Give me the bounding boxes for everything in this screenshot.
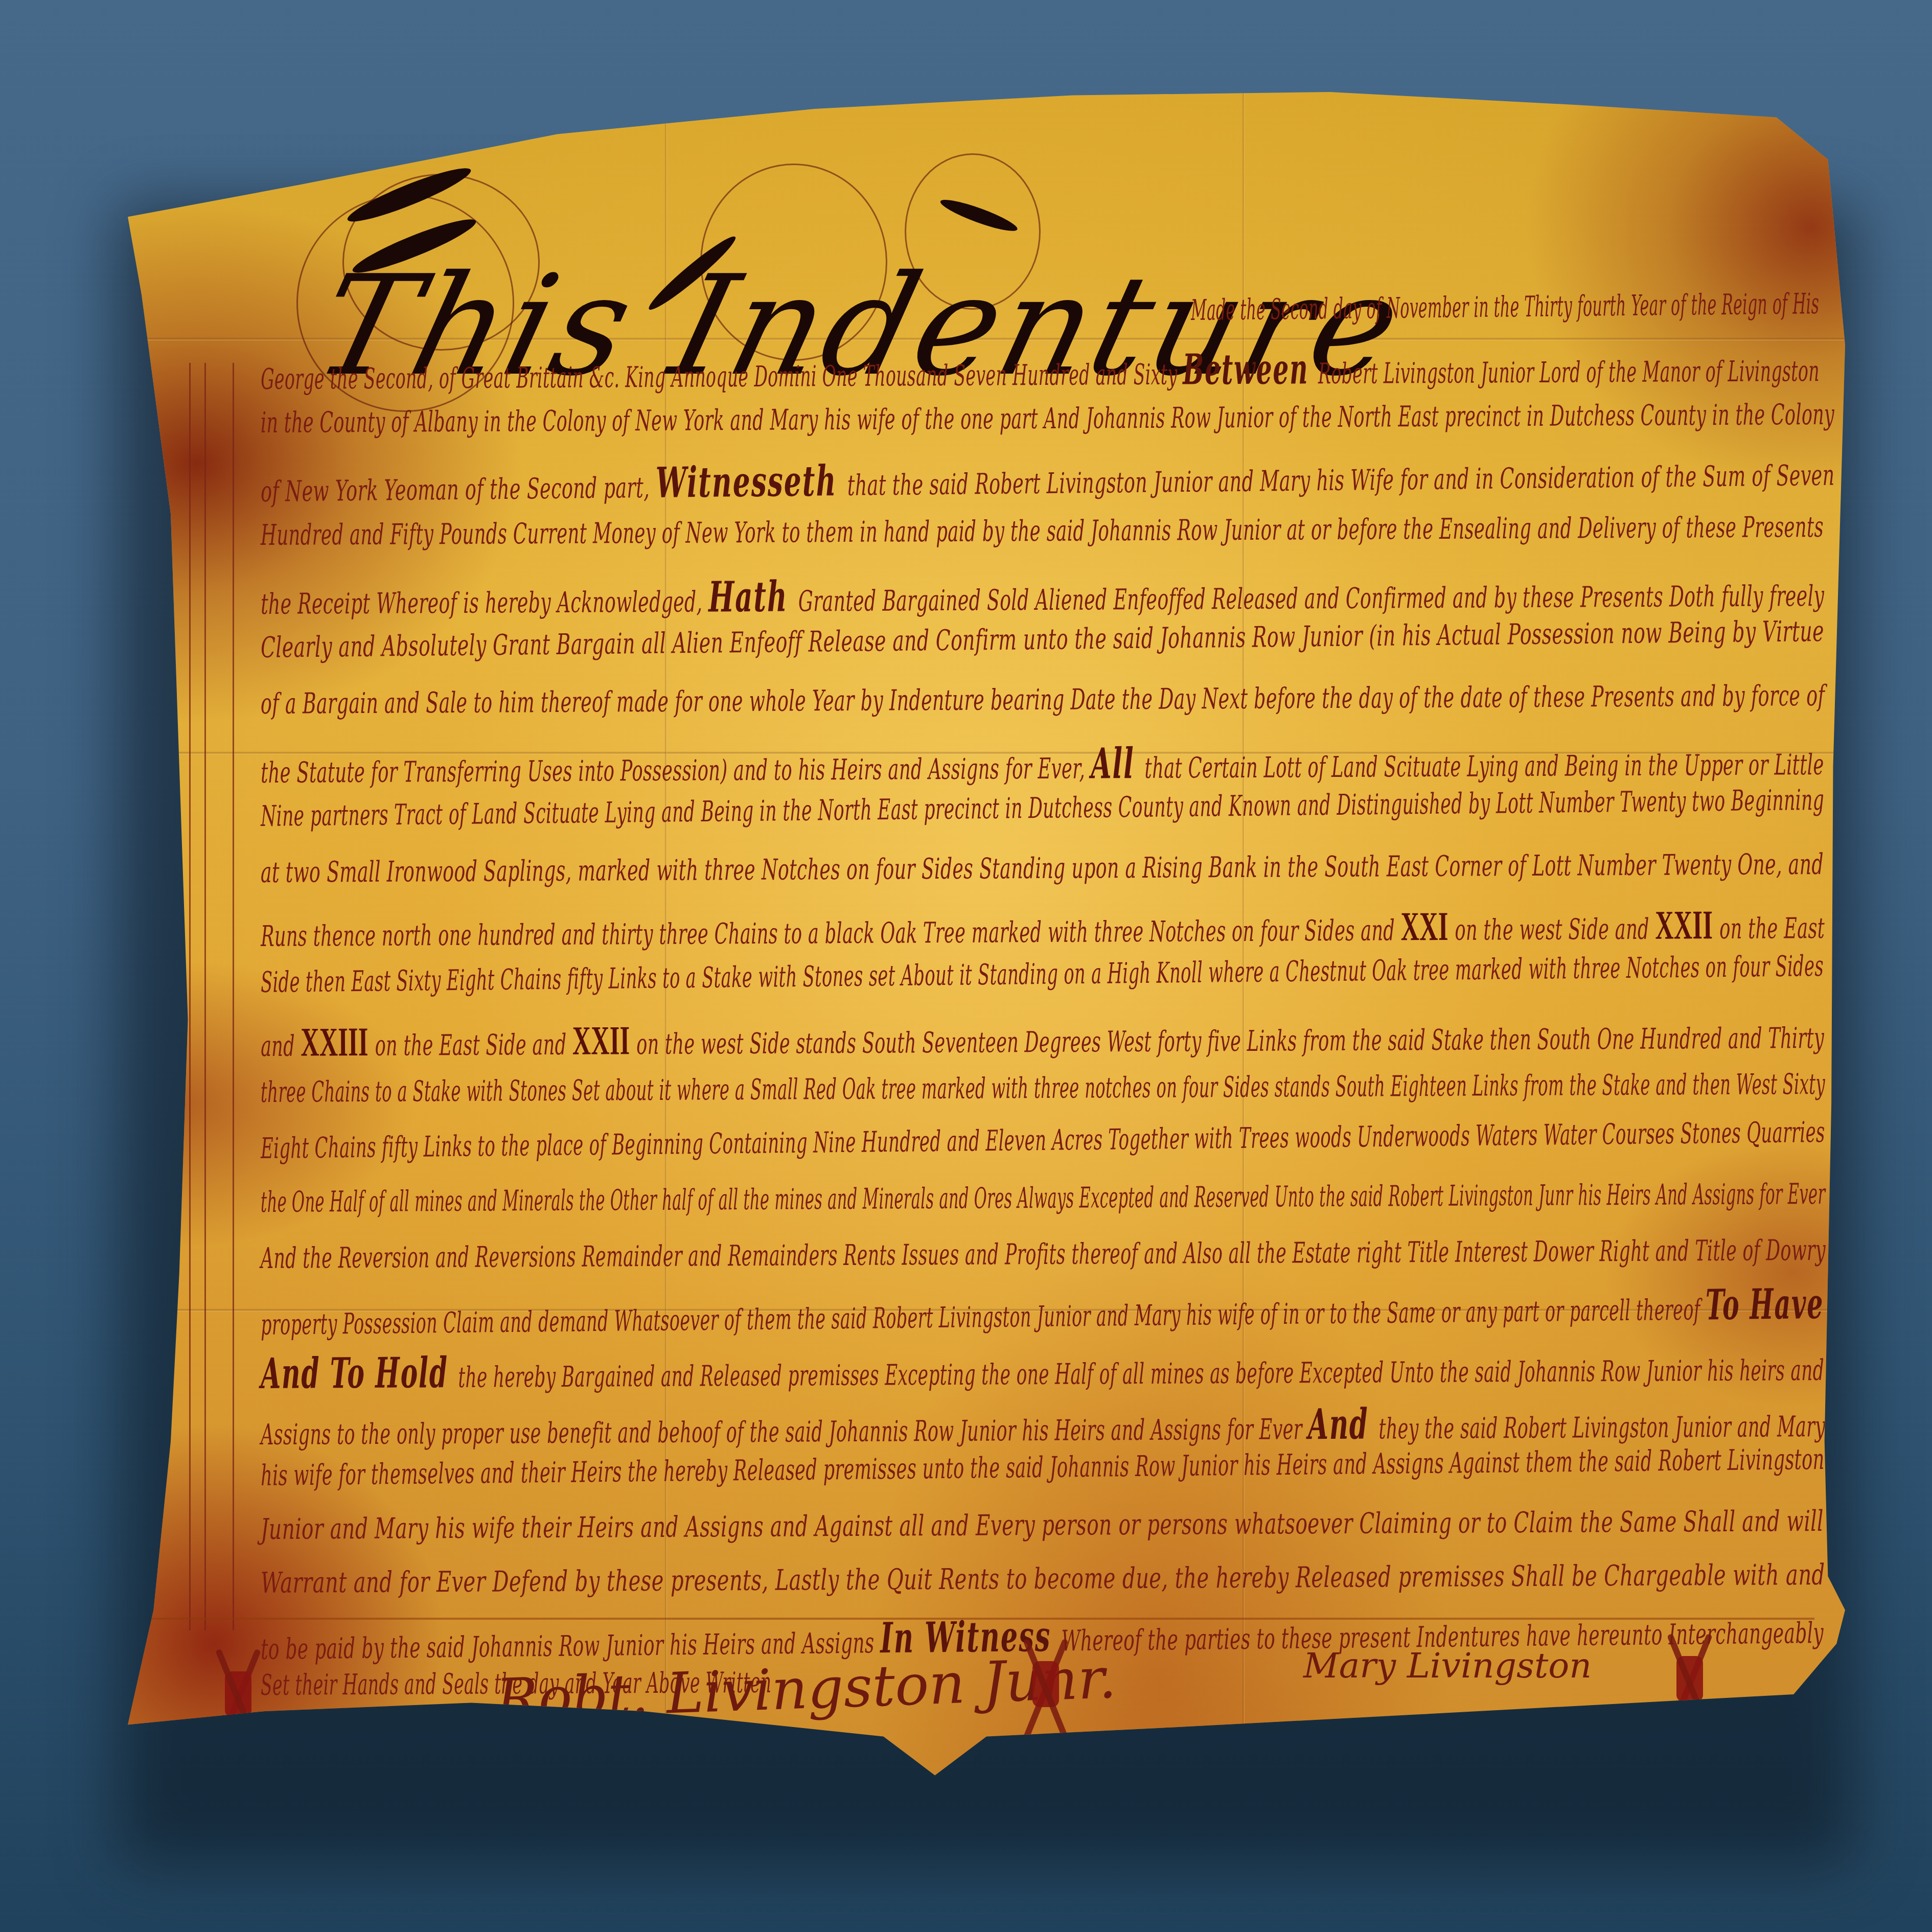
indenture-line: the Statute for Transferring Uses into P… <box>261 735 1824 793</box>
indenture-line: And the Reversion and Reversions Remaind… <box>261 1234 1826 1275</box>
indenture-line: the One Half of all mines and Minerals t… <box>261 1178 1826 1219</box>
line-text: Granted Bargained Sold Aliened Enfeoffed… <box>798 580 1825 618</box>
line-text: Runs thence north one hundred and thirty… <box>261 914 1401 953</box>
indenture-line: three Chains to a Stake with Stones Set … <box>261 1068 1825 1109</box>
emphasized-word: All <box>1091 739 1145 789</box>
line-text: the Statute for Transferring Uses into P… <box>261 752 1091 790</box>
indenture-line: Hundred and Fifty Pounds Current Money o… <box>261 511 1824 552</box>
emphasized-word: Hath <box>708 572 798 622</box>
line-text: Eight Chains fifty Links to the place of… <box>261 1116 1825 1165</box>
emphasized-word: Witnesseth <box>655 456 847 508</box>
indenture-parchment: This Indenture Made the Second day of No… <box>128 92 1845 1779</box>
signature-fold <box>143 1618 1814 1620</box>
document-photo: This Indenture Made the Second day of No… <box>0 0 1932 1932</box>
emphasized-word: To Have <box>1706 1279 1824 1329</box>
indenture-line: Eight Chains fifty Links to the place of… <box>261 1116 1825 1165</box>
margin-rule <box>189 363 191 1630</box>
indenture-line: Runs thence north one hundred and thirty… <box>261 902 1825 956</box>
signature-mary-livingston: Mary Livingston <box>1303 1646 1592 1686</box>
wax-seal <box>1022 1636 1068 1743</box>
line-text: on the west Side and <box>1455 913 1655 947</box>
line-text: the Receipt Whereof is hereby Acknowledg… <box>261 585 708 621</box>
line-text: that Certain Lott of Land Scituate Lying… <box>1144 748 1824 785</box>
indenture-line: of New York Yeoman of the Second part, W… <box>260 446 1834 512</box>
line-text: Hundred and Fifty Pounds Current Money o… <box>261 511 1824 552</box>
line-text: that the said Robert Livingston Junior a… <box>847 459 1835 502</box>
indenture-line: and XXIII on the East Side and XXII on t… <box>261 1011 1824 1066</box>
indenture-line: at two Small Ironwood Saplings, marked w… <box>261 848 1824 889</box>
line-text: Robert Livingston Junior Lord of the Man… <box>1318 355 1820 390</box>
indenture-line: Side then East Sixty Eight Chains fifty … <box>261 950 1824 999</box>
line-text: George the Second, of Great Brittain &c.… <box>261 358 1183 396</box>
line-text: of New York Yeoman of the Second part, <box>261 471 656 509</box>
indenture-line: of a Bargain and Sale to him thereof mad… <box>261 679 1825 721</box>
lot-numeral: XXI <box>1400 904 1455 950</box>
line-text: on the west Side stands South Seventeen … <box>636 1022 1824 1061</box>
line-text: they the said Robert Livingston Junior a… <box>1378 1410 1825 1446</box>
emphasized-word: Between <box>1183 344 1318 394</box>
indenture-line: Made the Second day of November in the T… <box>1191 287 1820 327</box>
margin-rule <box>204 363 206 1630</box>
line-text: on the East <box>1719 912 1825 946</box>
indenture-line: Junior and Mary his wife their Heirs and… <box>261 1505 1824 1546</box>
line-text: Side then East Sixty Eight Chains fifty … <box>261 950 1824 999</box>
emphasized-word: And <box>1308 1400 1379 1450</box>
line-text: at two Small Ironwood Saplings, marked w… <box>261 848 1824 889</box>
line-text: the hereby Bargained and Released premis… <box>458 1354 1824 1394</box>
line-text: and <box>261 1030 301 1063</box>
emphasized-word: And To Hold <box>261 1348 458 1398</box>
lot-numeral: XXII <box>572 1018 637 1064</box>
line-text: on the East Side and <box>375 1028 572 1063</box>
lot-numeral: XXIII <box>301 1020 375 1065</box>
line-text: the One Half of all mines and Minerals t… <box>261 1178 1826 1219</box>
line-text: Assigns to the only proper use benefit a… <box>261 1413 1308 1452</box>
line-text: And the Reversion and Reversions Remaind… <box>261 1234 1826 1275</box>
line-text: Warrant and for Ever Defend by these pre… <box>261 1558 1825 1600</box>
indenture-line: George the Second, of Great Brittain &c.… <box>261 342 1820 399</box>
line-text: property Possession Claim and demand Wha… <box>261 1293 1706 1342</box>
indenture-line: And To Hold the hereby Bargained and Rel… <box>261 1341 1824 1398</box>
lot-numeral: XXII <box>1655 903 1719 948</box>
line-text: three Chains to a Stake with Stones Set … <box>261 1068 1825 1109</box>
line-text: Junior and Mary his wife their Heirs and… <box>261 1505 1824 1546</box>
indenture-line: property Possession Claim and demand Wha… <box>260 1279 1824 1345</box>
line-text: Made the Second day of November in the T… <box>1191 287 1820 327</box>
line-text: of a Bargain and Sale to him thereof mad… <box>261 679 1825 721</box>
margin-rule <box>233 363 234 1630</box>
indenture-line: the Receipt Whereof is hereby Acknowledg… <box>261 567 1825 624</box>
indenture-line: Warrant and for Ever Defend by these pre… <box>261 1558 1825 1600</box>
